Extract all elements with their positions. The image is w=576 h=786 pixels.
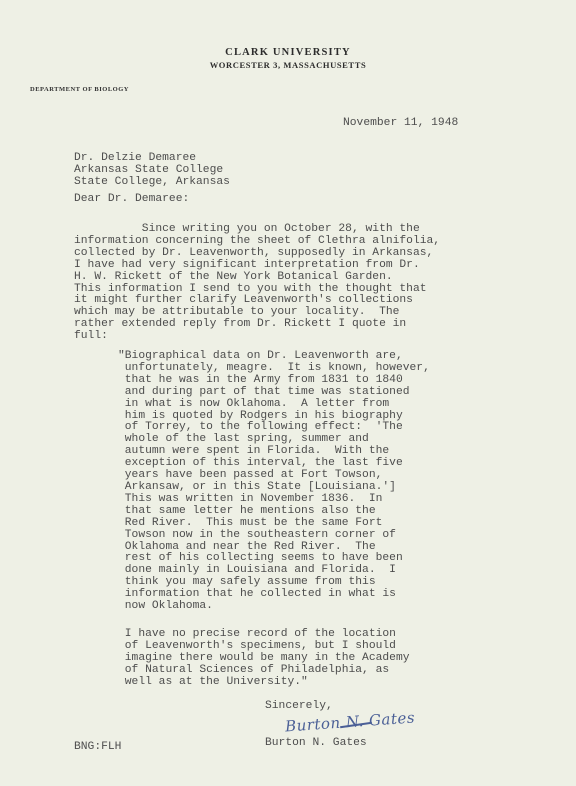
typed-signature-name: Burton N. Gates bbox=[265, 738, 367, 750]
department-name: DEPARTMENT OF BIOLOGY bbox=[30, 86, 129, 93]
quoted-paragraph: I have no precise record of the location… bbox=[118, 629, 410, 689]
institution-address: WORCESTER 3, MASSACHUSETTS bbox=[0, 59, 576, 71]
letter-date: November 11, 1948 bbox=[343, 118, 458, 130]
letterhead: CLARK UNIVERSITY WORCESTER 3, MASSACHUSE… bbox=[0, 46, 576, 71]
salutation: Dear Dr. Demaree: bbox=[74, 194, 189, 206]
quoted-paragraph: "Biographical data on Dr. Leavenworth ar… bbox=[118, 351, 430, 613]
reference-initials: BNG:FLH bbox=[74, 742, 121, 754]
closing: Sincerely, bbox=[265, 701, 333, 713]
recipient-line: State College, Arkansas bbox=[74, 177, 230, 189]
recipient-address: Dr. Delzie DemareeArkansas State College… bbox=[74, 153, 230, 189]
institution-name: CLARK UNIVERSITY bbox=[0, 46, 576, 59]
body-paragraph: Since writing you on October 28, with th… bbox=[74, 224, 440, 343]
